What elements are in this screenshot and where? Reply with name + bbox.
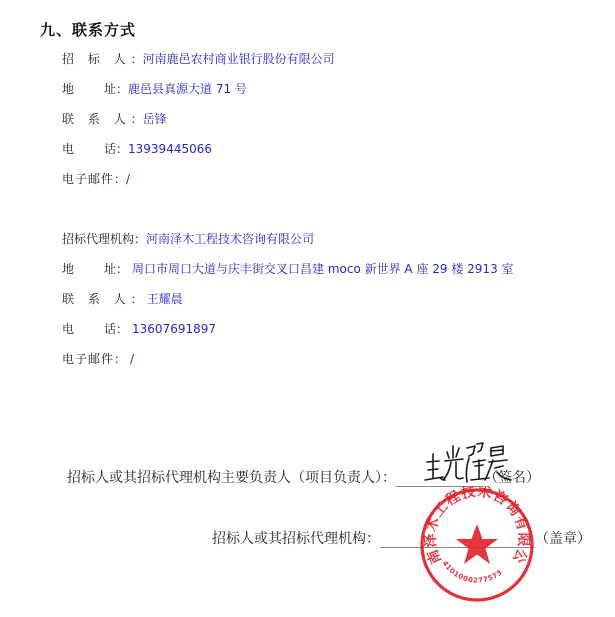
tenderer-contact-label: 联 系 人 — [62, 111, 131, 127]
tenderer-email-value: / — [126, 172, 130, 186]
agency-phone-row: 电话：13607691897 — [62, 321, 216, 337]
agency-name-label: 招标代理机构 — [62, 231, 134, 247]
colon: ： — [131, 52, 143, 66]
agency-name-row: 招标代理机构：河南泽木工程技术咨询有限公司 — [62, 231, 314, 247]
agency-address-value: 周口市周口大道与庆丰街交叉口昌建 moco 新世界 A 座 29 楼 2913 … — [132, 262, 514, 276]
agency-contact-value: 王耀晨 — [147, 292, 183, 306]
tenderer-name-row: 招 标 人：河南鹿邑农村商业银行股份有限公司 — [62, 51, 335, 67]
org-stamp-suffix: （盖章） — [535, 531, 591, 547]
tenderer-address-label: 地址 — [62, 81, 116, 97]
tenderer-contact-row: 联 系 人：岳锋 — [62, 111, 167, 127]
label-char: 地 — [62, 261, 74, 277]
company-stamp-icon: 河南泽木工程技术咨询有限公司 4101000277573 — [418, 486, 536, 604]
tenderer-address-value: 鹿邑县真源大道 71 号 — [128, 82, 247, 96]
tenderer-phone-label: 电话 — [62, 141, 116, 157]
colon: ： — [116, 322, 128, 336]
colon: ： — [116, 262, 128, 276]
tenderer-email-row: 电子邮件：/ — [62, 171, 130, 187]
label-char: 址 — [104, 261, 116, 277]
colon: ： — [131, 112, 143, 126]
label-char: 址 — [104, 81, 116, 97]
principal-signature-label: 招标人或其招标代理机构主要负责人（项目负责人）： — [67, 470, 396, 486]
tenderer-name-value: 河南鹿邑农村商业银行股份有限公司 — [143, 52, 335, 66]
label-char: 地 — [62, 81, 74, 97]
agency-contact-row: 联 系 人：王耀晨 — [62, 291, 183, 307]
agency-address-label: 地址 — [62, 261, 116, 277]
colon: ： — [134, 232, 146, 246]
colon: ： — [116, 142, 128, 156]
agency-email-row: 电子邮件：/ — [62, 351, 134, 367]
label-char: 话 — [104, 141, 116, 157]
colon: ： — [114, 172, 126, 186]
tenderer-email-label: 电子邮件 — [62, 171, 114, 187]
tenderer-phone-row: 电话：13939445066 — [62, 141, 212, 157]
colon: ： — [114, 352, 126, 366]
agency-email-label: 电子邮件 — [62, 351, 114, 367]
colon: ： — [131, 292, 143, 306]
tenderer-contact-value: 岳锋 — [143, 112, 167, 126]
label-char: 话 — [104, 321, 116, 337]
agency-contact-label: 联 系 人 — [62, 291, 131, 307]
svg-text:4101000277573: 4101000277573 — [441, 559, 505, 584]
section-heading: 九、联系方式 — [40, 19, 136, 40]
agency-address-row: 地址：周口市周口大道与庆丰街交叉口昌建 moco 新世界 A 座 29 楼 29… — [62, 261, 514, 277]
agency-email-value: / — [130, 352, 134, 366]
label-char: 电 — [62, 141, 74, 157]
handwritten-signature-icon — [423, 440, 513, 486]
label-char: 电 — [62, 321, 74, 337]
stamp-code: 4101000277573 — [441, 559, 505, 584]
org-stamp-label: 招标人或其招标代理机构： — [212, 531, 380, 547]
agency-phone-label: 电话 — [62, 321, 116, 337]
agency-name-value: 河南泽木工程技术咨询有限公司 — [146, 232, 314, 246]
tenderer-name-label: 招 标 人 — [62, 51, 131, 67]
colon: ： — [116, 82, 128, 96]
tenderer-phone-value: 13939445066 — [128, 142, 212, 156]
agency-phone-value: 13607691897 — [132, 322, 216, 336]
tenderer-address-row: 地址：鹿邑县真源大道 71 号 — [62, 81, 247, 97]
